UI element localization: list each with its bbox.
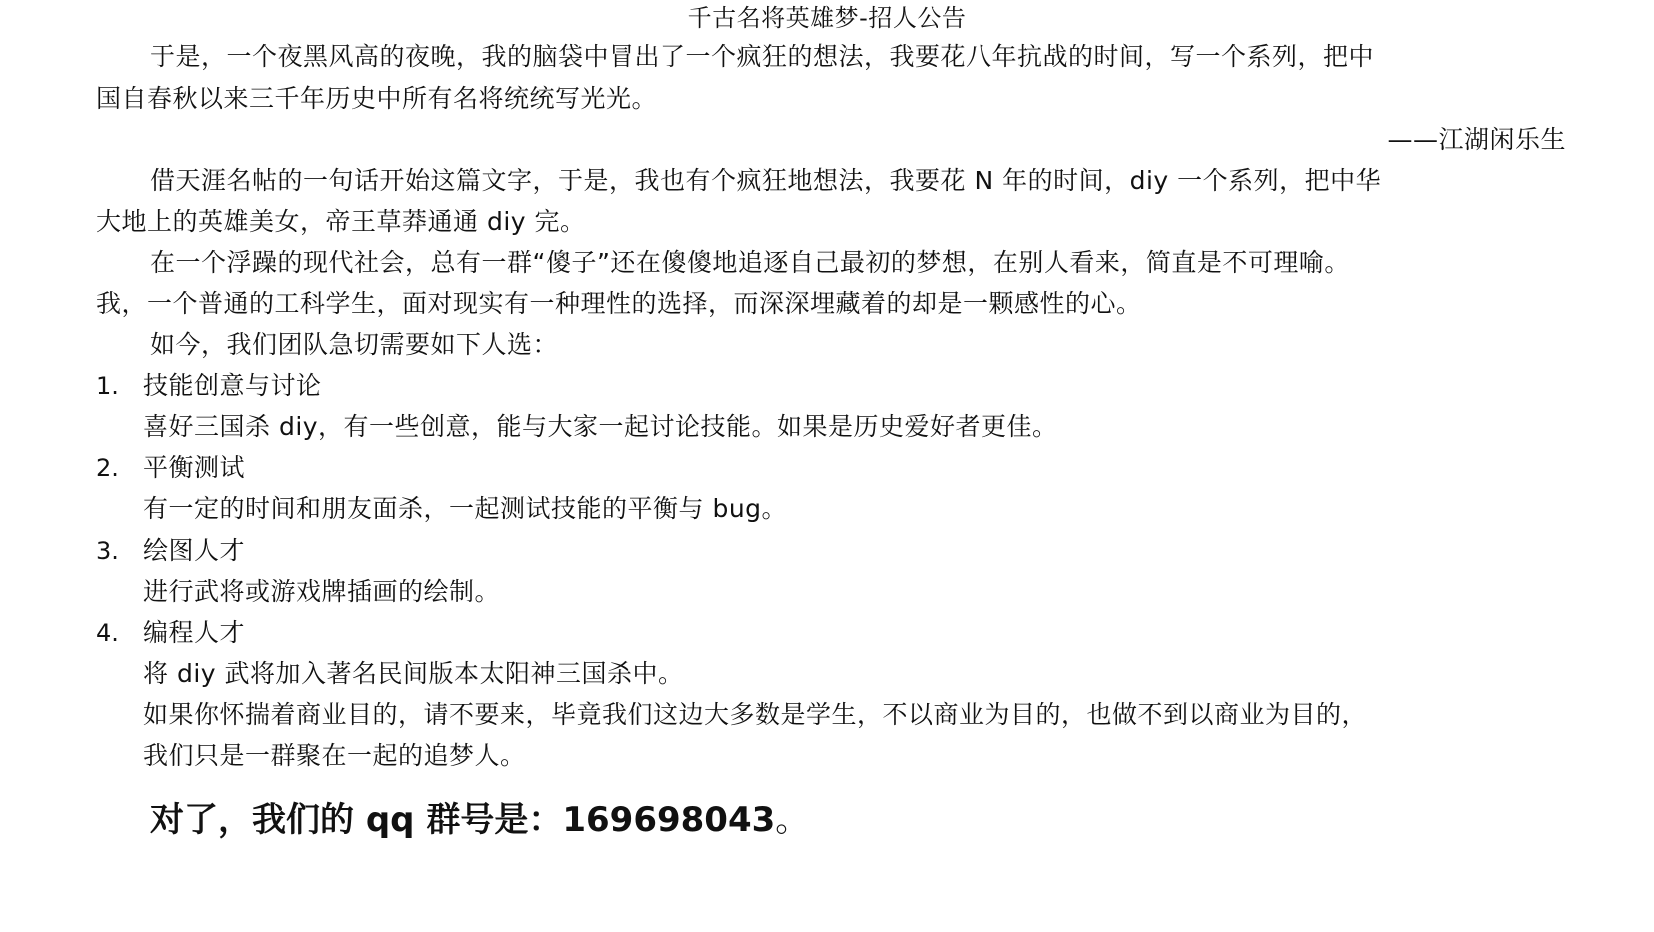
paragraph-3-line-2: 我，一个普通的工科学生，面对现实有一种理性的选择，而深深埋藏着的却是一颗感性的心… (96, 289, 1142, 319)
role-4-description: 将 diy 武将加入著名民间版本太阳神三国杀中。 (143, 659, 684, 689)
qq-group-text: 对了，我们的 qq 群号是：169698043 (150, 800, 775, 840)
paragraph-1-line-1: 于是，一个夜黑风高的夜晚，我的脑袋中冒出了一个疯狂的想法，我要花八年抗战的时间，… (150, 42, 1374, 72)
document-page: 千古名将英雄梦-招人公告 于是，一个夜黑风高的夜晚，我的脑袋中冒出了一个疯狂的想… (0, 0, 1654, 932)
paragraph-2-line-1: 借天涯名帖的一句话开始这篇文字，于是，我也有个疯狂地想法，我要花 N 年的时间，… (150, 166, 1381, 196)
role-4-number: 4. (96, 618, 119, 648)
role-2-description: 有一定的时间和朋友面杀，一起测试技能的平衡与 bug。 (143, 494, 787, 524)
role-2-title: 平衡测试 (143, 453, 245, 483)
role-3-number: 3. (96, 536, 119, 566)
closing-line-1: 如果你怀揣着商业目的，请不要来，毕竟我们这边大多数是学生，不以商业为目的，也做不… (143, 700, 1367, 730)
qq-group-period: 。 (775, 800, 809, 840)
role-1-title: 技能创意与讨论 (143, 371, 322, 401)
attribution: ——江湖闲乐生 (1387, 125, 1566, 155)
paragraph-4: 如今，我们团队急切需要如下人选： (150, 330, 558, 360)
qq-group-contact: 对了，我们的 qq 群号是：169698043。 (150, 800, 809, 840)
paragraph-3-line-1: 在一个浮躁的现代社会，总有一群“傻子”还在傻傻地追逐自己最初的梦想，在别人看来，… (150, 248, 1350, 278)
closing-line-2: 我们只是一群聚在一起的追梦人。 (143, 741, 526, 771)
role-4-title: 编程人才 (143, 618, 245, 648)
role-3-title: 绘图人才 (143, 536, 245, 566)
role-3-description: 进行武将或游戏牌插画的绘制。 (143, 577, 500, 607)
paragraph-2-line-2: 大地上的英雄美女，帝王草莽通通 diy 完。 (96, 207, 586, 237)
document-title: 千古名将英雄梦-招人公告 (0, 3, 1654, 33)
role-2-number: 2. (96, 453, 119, 483)
role-1-description: 喜好三国杀 diy，有一些创意，能与大家一起讨论技能。如果是历史爱好者更佳。 (143, 412, 1058, 442)
paragraph-1-line-2: 国自春秋以来三千年历史中所有名将统统写光光。 (96, 84, 657, 114)
role-1-number: 1. (96, 371, 119, 401)
